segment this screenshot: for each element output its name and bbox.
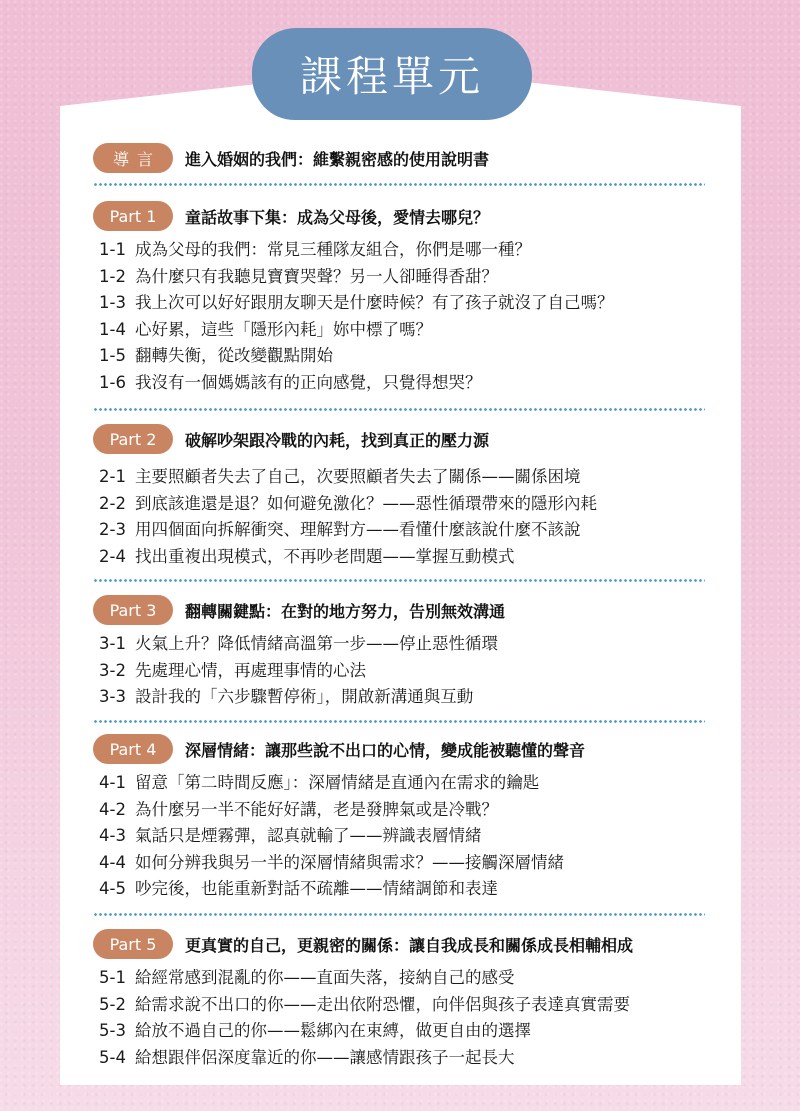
lesson-item: 1-1成為父母的我們：常見三種隊友組合，你們是哪一種？ xyxy=(93,237,713,264)
section-badge: Part 3 xyxy=(93,595,173,625)
lesson-list: 5-1給經常感到混亂的你——直面失落，接納自己的感受 5-2給需求說不出口的你—… xyxy=(93,965,713,1071)
lesson-item: 3-2先處理心情，再處理事情的心法 xyxy=(93,658,713,685)
lesson-item: 3-1火氣上升？降低情緒高溫第一步——停止惡性循環 xyxy=(93,631,713,658)
section-badge: Part 2 xyxy=(93,424,173,454)
section-header: Part 3 翻轉關鍵點：在對的地方努力，告別無效溝通 xyxy=(93,595,713,625)
lesson-item: 3-3設計我的「六步驟暫停術」，開啟新溝通與互動 xyxy=(93,684,713,711)
section-badge: 導言 xyxy=(93,143,173,173)
lesson-item: 1-4心好累，這些「隱形內耗」妳中標了嗎？ xyxy=(93,317,713,344)
dotted-divider xyxy=(93,720,705,723)
lesson-item: 4-3氣話只是煙霧彈，認真就輸了——辨識表層情緒 xyxy=(93,823,713,850)
section-title: 進入婚姻的我們：維繫親密感的使用說明書 xyxy=(185,147,489,170)
section-header: Part 5 更真實的自己，更親密的關係：讓自我成長和關係成長相輔相成 xyxy=(93,929,713,959)
section-header: Part 1 童話故事下集：成為父母後，愛情去哪兒？ xyxy=(93,201,713,231)
section-header: Part 2 破解吵架跟冷戰的內耗，找到真正的壓力源 xyxy=(93,424,713,454)
section-badge: Part 5 xyxy=(93,929,173,959)
lesson-item: 4-1留意「第二時間反應」：深層情緒是直通內在需求的鑰匙 xyxy=(93,770,713,797)
lesson-item: 5-3給放不過自己的你——鬆綁內在束縛，做更自由的選擇 xyxy=(93,1018,713,1045)
section-intro: 導言 進入婚姻的我們：維繫親密感的使用說明書 xyxy=(93,143,713,173)
lesson-item: 1-5翻轉失衡，從改變觀點開始 xyxy=(93,343,713,370)
lesson-list: 3-1火氣上升？降低情緒高溫第一步——停止惡性循環 3-2先處理心情，再處理事情… xyxy=(93,631,713,711)
lesson-item: 4-5吵完後，也能重新對話不疏離——情緒調節和表達 xyxy=(93,876,713,903)
section-title: 更真實的自己，更親密的關係：讓自我成長和關係成長相輔相成 xyxy=(185,933,633,956)
lesson-item: 5-2給需求說不出口的你——走出依附恐懼，向伴侶與孩子表達真實需要 xyxy=(93,992,713,1019)
lesson-list: 4-1留意「第二時間反應」：深層情緒是直通內在需求的鑰匙 4-2為什麼另一半不能… xyxy=(93,770,713,903)
lesson-list: 1-1成為父母的我們：常見三種隊友組合，你們是哪一種？ 1-2為什麼只有我聽見寶… xyxy=(93,237,713,396)
section-header: Part 4 深層情緒：讓那些說不出口的心情，變成能被聽懂的聲音 xyxy=(93,734,713,764)
lesson-item: 5-4給想跟伴侶深度靠近的你——讓感情跟孩子一起長大 xyxy=(93,1045,713,1072)
lesson-item: 2-4找出重複出現模式，不再吵老問題——掌握互動模式 xyxy=(93,544,713,571)
page-title: 課程單元 xyxy=(300,44,484,104)
section-title: 童話故事下集：成為父母後，愛情去哪兒？ xyxy=(185,205,489,228)
section-title: 翻轉關鍵點：在對的地方努力，告別無效溝通 xyxy=(185,599,505,622)
dotted-divider xyxy=(93,408,705,411)
section-badge: Part 1 xyxy=(93,201,173,231)
section-part-4: Part 4 深層情緒：讓那些說不出口的心情，變成能被聽懂的聲音 4-1留意「第… xyxy=(93,734,713,903)
section-header: 導言 進入婚姻的我們：維繫親密感的使用說明書 xyxy=(93,143,713,173)
dotted-divider xyxy=(93,913,705,916)
lesson-item: 2-3用四個面向拆解衝突、理解對方——看懂什麼該說什麼不該說 xyxy=(93,517,713,544)
section-badge: Part 4 xyxy=(93,734,173,764)
lesson-item: 4-2為什麼另一半不能好好講，老是發脾氣或是冷戰？ xyxy=(93,797,713,824)
section-part-3: Part 3 翻轉關鍵點：在對的地方努力，告別無效溝通 3-1火氣上升？降低情緒… xyxy=(93,595,713,711)
lesson-item: 1-6我沒有一個媽媽該有的正向感覺，只覺得想哭？ xyxy=(93,370,713,397)
lesson-item: 1-3我上次可以好好跟朋友聊天是什麼時候？有了孩子就沒了自己嗎？ xyxy=(93,290,713,317)
section-part-2: Part 2 破解吵架跟冷戰的內耗，找到真正的壓力源 2-1主要照顧者失去了自己… xyxy=(93,424,713,570)
lesson-item: 2-2到底該進還是退？如何避免激化？——惡性循環帶來的隱形內耗 xyxy=(93,491,713,518)
dotted-divider xyxy=(93,183,705,186)
section-part-5: Part 5 更真實的自己，更親密的關係：讓自我成長和關係成長相輔相成 5-1給… xyxy=(93,929,713,1071)
section-part-1: Part 1 童話故事下集：成為父母後，愛情去哪兒？ 1-1成為父母的我們：常見… xyxy=(93,201,713,396)
title-banner: 課程單元 xyxy=(252,28,532,120)
lesson-item: 5-1給經常感到混亂的你——直面失落，接納自己的感受 xyxy=(93,965,713,992)
lesson-item: 4-4如何分辨我與另一半的深層情緒與需求？——接觸深層情緒 xyxy=(93,850,713,877)
lesson-item: 2-1主要照顧者失去了自己，次要照顧者失去了關係——關係困境 xyxy=(93,464,713,491)
dotted-divider xyxy=(93,579,705,582)
section-title: 破解吵架跟冷戰的內耗，找到真正的壓力源 xyxy=(185,428,489,451)
lesson-list: 2-1主要照顧者失去了自己，次要照顧者失去了關係——關係困境 2-2到底該進還是… xyxy=(93,464,713,570)
lesson-item: 1-2為什麼只有我聽見寶寶哭聲？另一人卻睡得香甜？ xyxy=(93,264,713,291)
section-title: 深層情緒：讓那些說不出口的心情，變成能被聽懂的聲音 xyxy=(185,738,585,761)
